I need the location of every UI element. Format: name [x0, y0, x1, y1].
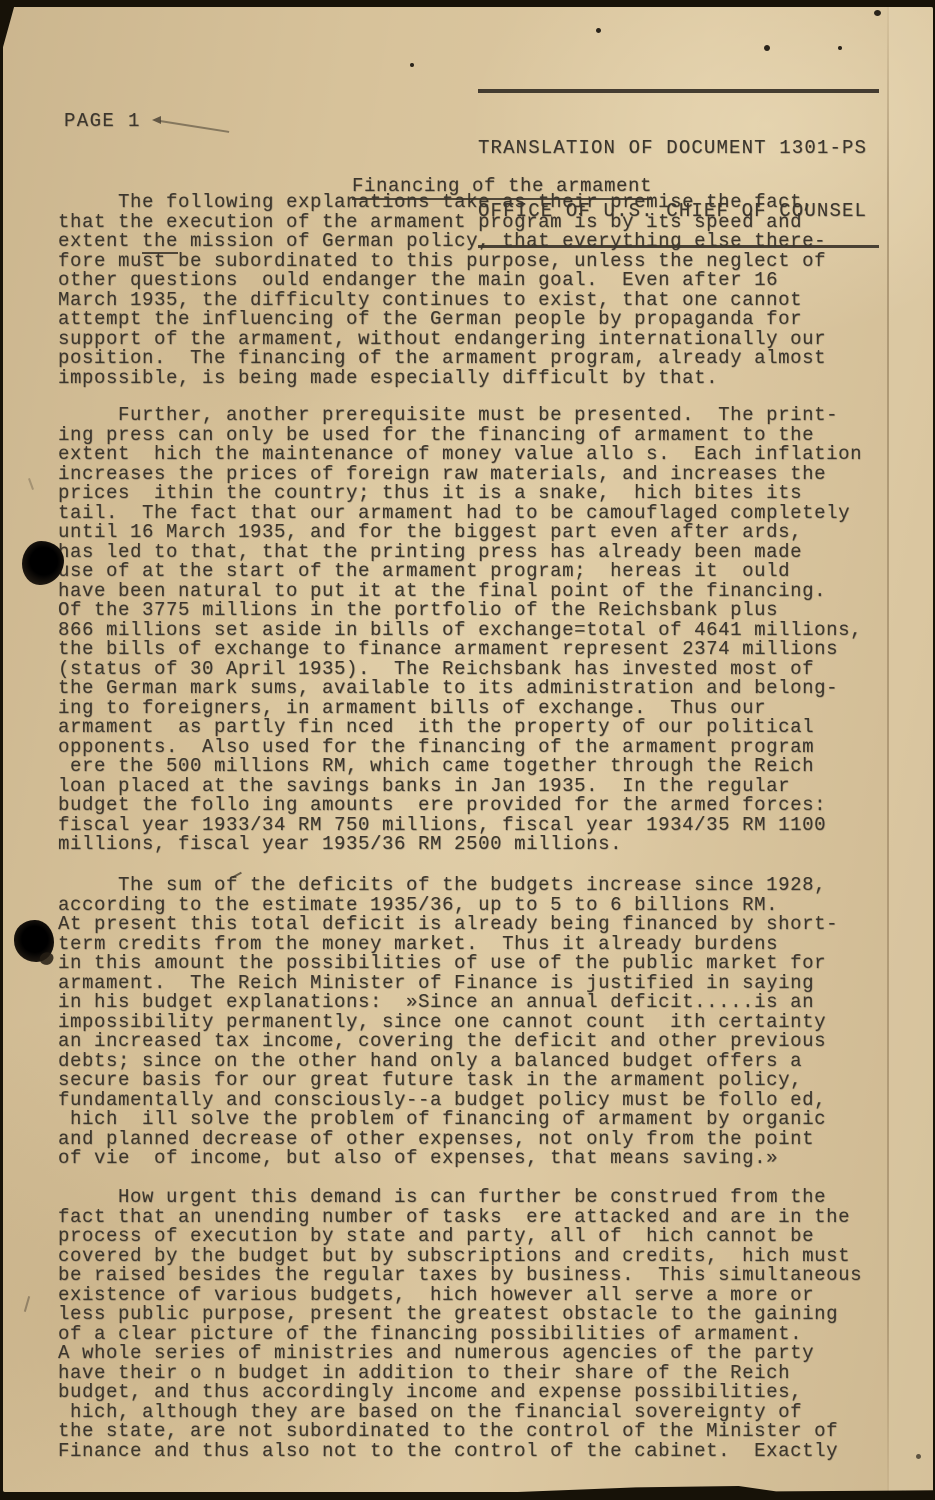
paper-edge-strip [889, 7, 933, 1492]
paragraph-2: Further, another prerequisite must be pr… [58, 406, 894, 855]
paragraph-4: How urgent this demand is can further be… [58, 1188, 894, 1461]
paragraph-3: The sum of the deficits of the budgets i… [58, 876, 894, 1169]
scanned-document-page: { "doc": { "page_label": "PAGE 1", "stam… [0, 0, 935, 1500]
ink-speck [838, 46, 842, 50]
paragraph-1-rest: mission of German policy, that everythin… [58, 230, 826, 389]
ink-speck [874, 10, 881, 16]
ink-speck [764, 45, 770, 51]
ink-blot-hole-punch-2 [14, 920, 54, 962]
paragraph-1: The following explanations take as their… [58, 193, 894, 388]
pencil-arrow-mark [152, 113, 234, 137]
arrow-line [160, 120, 229, 133]
ink-speck [410, 63, 414, 67]
ink-speck [596, 28, 601, 33]
page-number-label: PAGE 1 [64, 110, 141, 132]
ink-speck [916, 1454, 921, 1459]
